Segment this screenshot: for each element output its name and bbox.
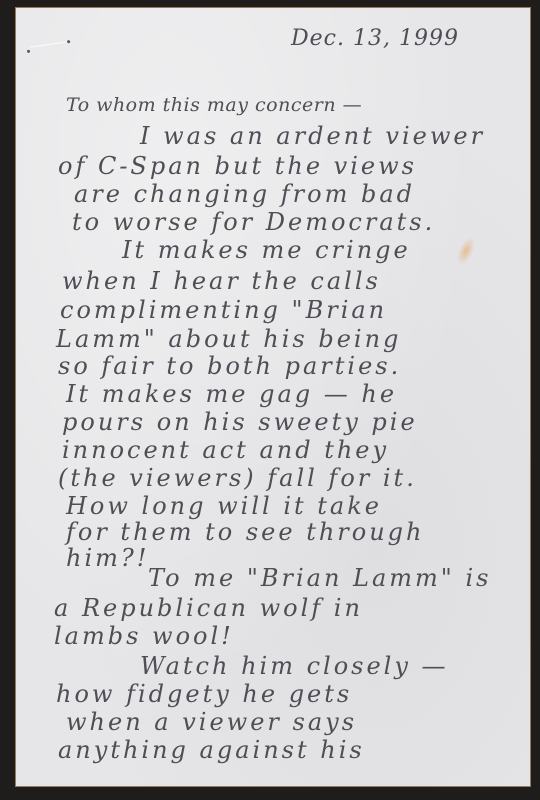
letter-line: lambs wool! (54, 624, 234, 648)
letter-line: are changing from bad (74, 182, 415, 206)
scan-background: Dec. 13, 1999 To whom this may concern —… (0, 0, 540, 800)
letter-line: pours on his sweety pie (62, 410, 418, 434)
letter-salutation: To whom this may concern — (66, 96, 362, 115)
letter-line: Watch him closely — (140, 654, 449, 678)
letter-line: I was an ardent viewer (140, 124, 485, 148)
letter-line: How long will it take (66, 494, 382, 518)
letter-line: It makes me gag — he (66, 382, 397, 406)
letter-line: complimenting "Brian (60, 298, 387, 322)
letter-line: of C-Span but the views (58, 154, 417, 178)
stain-spot (453, 234, 478, 267)
letter-line: for them to see through (66, 520, 425, 544)
letter-line: To me "Brian Lamm" is (148, 566, 491, 590)
letter-date: Dec. 13, 1999 (291, 28, 459, 50)
letter-line: Lamm" about his being (56, 327, 401, 351)
letter-line: anything against his (58, 738, 365, 762)
letter-page: Dec. 13, 1999 To whom this may concern —… (16, 8, 530, 786)
pencil-mark (29, 41, 68, 57)
letter-line: so fair to both parties. (58, 354, 401, 378)
letter-line: (the viewers) fall for it. (58, 466, 417, 490)
letter-line: a Republican wolf in (54, 596, 363, 620)
letter-line: when a viewer says (66, 710, 357, 734)
letter-line: to worse for Democrats. (72, 210, 435, 234)
letter-line: It makes me cringe (122, 238, 411, 262)
letter-line: when I hear the calls (62, 269, 381, 293)
letter-line: how fidgety he gets (56, 682, 352, 706)
letter-line: innocent act and they (62, 438, 389, 462)
letter-line: him?! (66, 546, 149, 570)
